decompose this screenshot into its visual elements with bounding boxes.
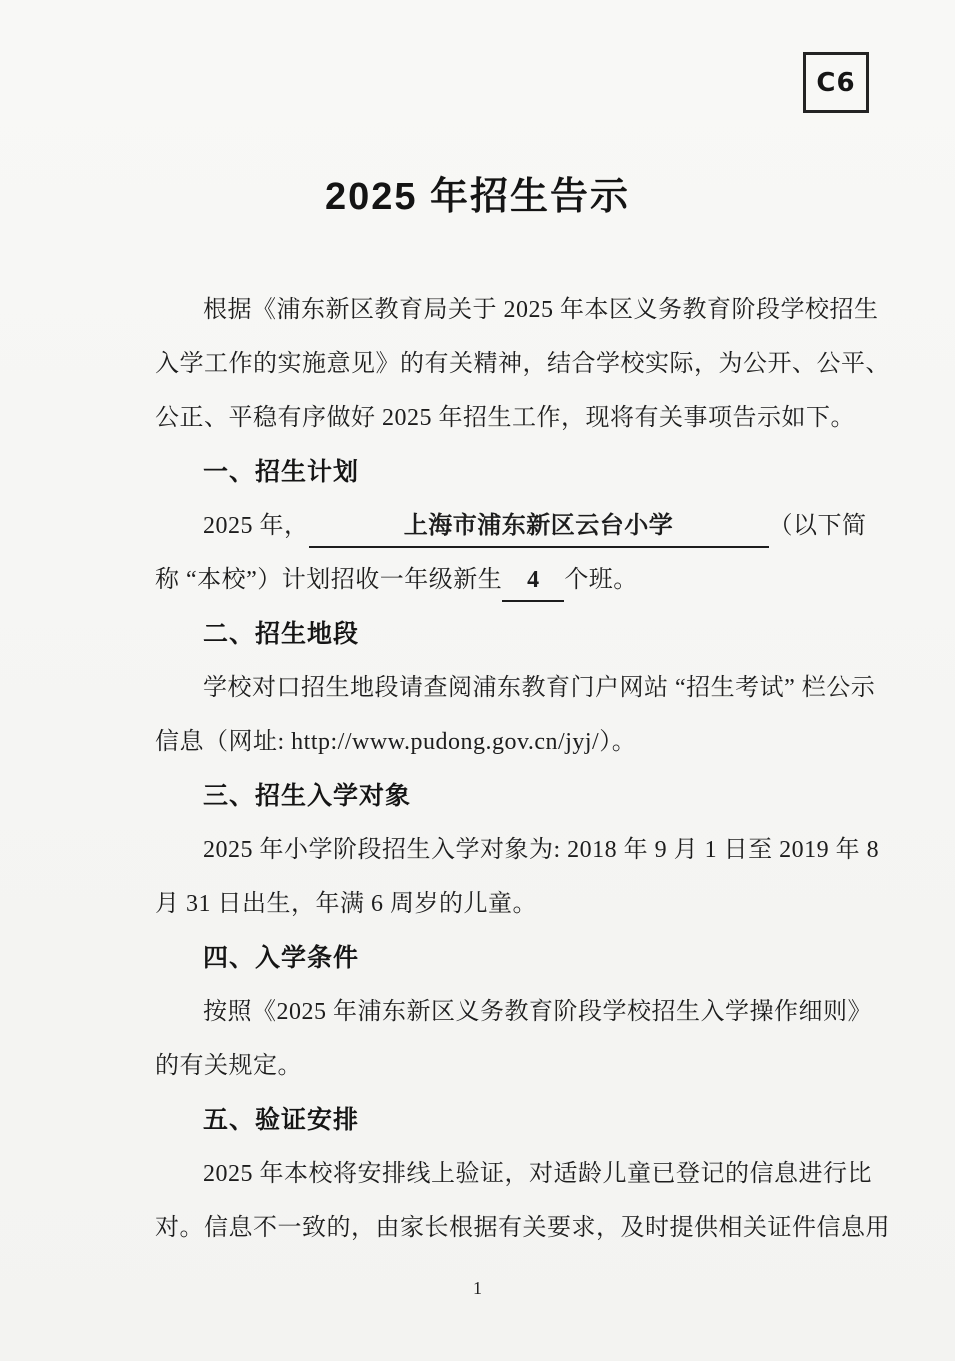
document-body: 根据《浦东新区教育局关于 2025 年本区义务教育阶段学校招生 入学工作的实施意… (155, 283, 867, 1255)
document-page: C6 2025 年招生告示 根据《浦东新区教育局关于 2025 年本区义务教育阶… (0, 0, 955, 1361)
document-line: 2025 年小学阶段招生入学对象为: 2018 年 9 月 1 日至 2019 … (155, 823, 867, 877)
page-number: 1 (0, 1278, 955, 1299)
page-title: 2025 年招生告示 (0, 165, 955, 220)
document-line: 的有关规定。 (155, 1039, 867, 1093)
document-line: 入学工作的实施意见》的有关精神，结合学校实际，为公开、公平、 (155, 337, 867, 391)
section-heading-verification-arrangement: 五、验证安排 (155, 1093, 867, 1147)
document-line: 根据《浦东新区教育局关于 2025 年本区义务教育阶段学校招生 (155, 283, 867, 337)
document-line: 2025 年本校将安排线上验证，对适龄儿童已登记的信息进行比 (155, 1147, 867, 1201)
document-line: 对。信息不一致的，由家长根据有关要求，及时提供相关证件信息用 (155, 1201, 867, 1255)
section-heading-admission-conditions: 四、入学条件 (155, 931, 867, 985)
blank-line-suffix: 个班。 (564, 567, 638, 593)
document-line-class-count-blank: 称 “本校”）计划招收一年级新生4个班。 (155, 553, 867, 607)
section-heading-target-students: 三、招生入学对象 (155, 769, 867, 823)
class-count-blank: 4 (502, 560, 564, 602)
school-name-blank: 上海市浦东新区云台小学 (309, 506, 769, 548)
document-line: 学校对口招生地段请查阅浦东教育门户网站 “招生考试” 栏公示 (155, 661, 867, 715)
document-line: 按照《2025 年浦东新区义务教育阶段学校招生入学操作细则》 (155, 985, 867, 1039)
form-code-label: C6 (816, 68, 855, 98)
section-heading-enrollment-area: 二、招生地段 (155, 607, 867, 661)
document-line: 信息（网址: http://www.pudong.gov.cn/jyj/）。 (155, 715, 867, 769)
document-line-school-blank: 2025 年，上海市浦东新区云台小学（以下简 (155, 499, 867, 553)
form-code-box: C6 (803, 52, 869, 113)
blank-line-prefix: 2025 年， (203, 513, 309, 539)
section-heading-enrollment-plan: 一、招生计划 (155, 445, 867, 499)
document-line: 公正、平稳有序做好 2025 年招生工作，现将有关事项告示如下。 (155, 391, 867, 445)
document-line: 月 31 日出生，年满 6 周岁的儿童。 (155, 877, 867, 931)
blank-line-suffix: （以下简 (769, 513, 867, 539)
blank-line-prefix: 称 “本校”）计划招收一年级新生 (155, 567, 502, 593)
